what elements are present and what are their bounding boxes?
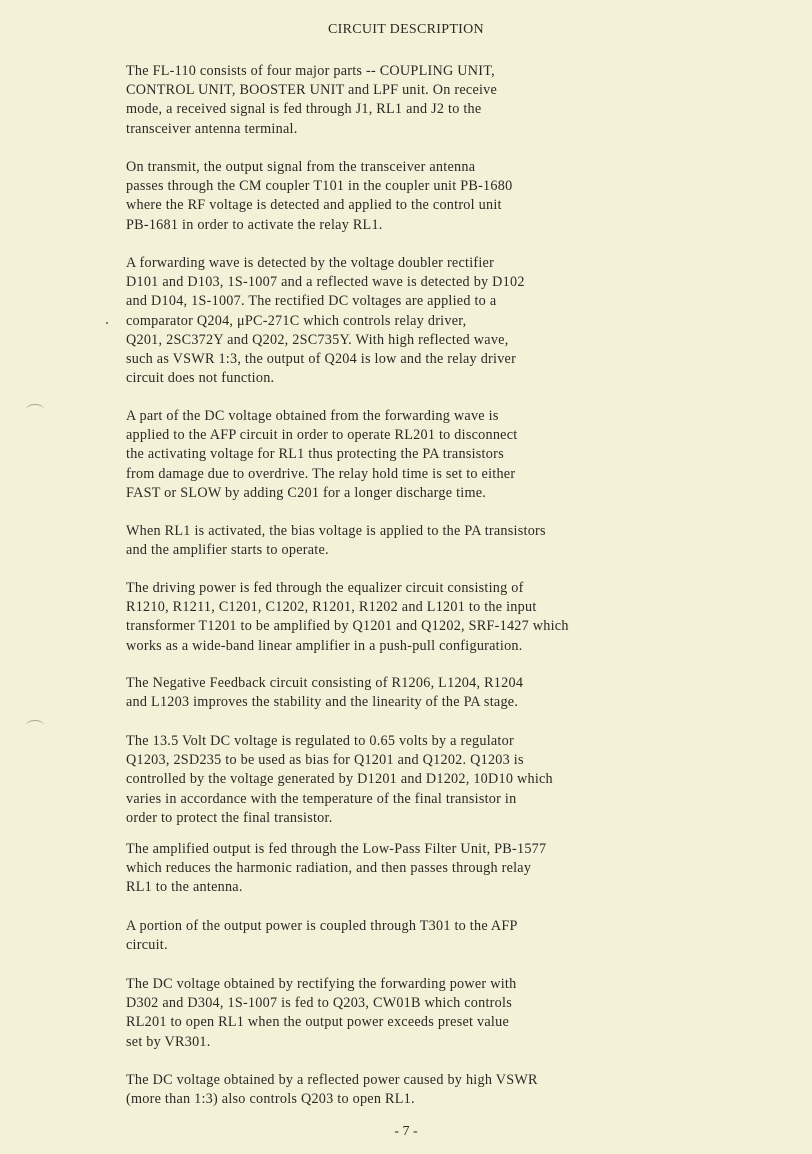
text-line: applied to the AFP circuit in order to o… bbox=[126, 426, 766, 445]
text-line: A part of the DC voltage obtained from t… bbox=[126, 407, 766, 426]
paragraph: The Negative Feedback circuit consisting… bbox=[126, 674, 766, 712]
paragraph: The 13.5 Volt DC voltage is regulated to… bbox=[126, 732, 766, 828]
stray-mark bbox=[106, 322, 108, 324]
paragraph: When RL1 is activated, the bias voltage … bbox=[126, 522, 766, 560]
paragraph: A forwarding wave is detected by the vol… bbox=[126, 254, 766, 388]
text-line: The Negative Feedback circuit consisting… bbox=[126, 674, 766, 693]
text-line: PB-1681 in order to activate the relay R… bbox=[126, 216, 766, 235]
page-number: - 7 - bbox=[0, 1124, 812, 1140]
text-line: FAST or SLOW by adding C201 for a longer… bbox=[126, 484, 766, 503]
text-line: R1210, R1211, C1201, C1202, R1201, R1202… bbox=[126, 598, 766, 617]
text-line: and the amplifier starts to operate. bbox=[126, 541, 766, 560]
text-line: works as a wide-band linear amplifier in… bbox=[126, 637, 766, 656]
text-line: controlled by the voltage generated by D… bbox=[126, 770, 766, 789]
paragraph: A part of the DC voltage obtained from t… bbox=[126, 407, 766, 503]
text-line: from damage due to overdrive. The relay … bbox=[126, 465, 766, 484]
text-line: comparator Q204, μPC-271C which controls… bbox=[126, 312, 766, 331]
text-line: D302 and D304, 1S-1007 is fed to Q203, C… bbox=[126, 994, 766, 1013]
paragraph: The amplified output is fed through the … bbox=[126, 840, 766, 898]
text-line: transceiver antenna terminal. bbox=[126, 120, 766, 139]
text-line: RL1 to the antenna. bbox=[126, 878, 766, 897]
text-line: mode, a received signal is fed through J… bbox=[126, 100, 766, 119]
punch-hole-mark bbox=[26, 720, 44, 731]
text-line: Q1203, 2SD235 to be used as bias for Q12… bbox=[126, 751, 766, 770]
text-line: The DC voltage obtained by a reflected p… bbox=[126, 1071, 766, 1090]
text-line: passes through the CM coupler T101 in th… bbox=[126, 177, 766, 196]
text-line: The DC voltage obtained by rectifying th… bbox=[126, 975, 766, 994]
text-line: The 13.5 Volt DC voltage is regulated to… bbox=[126, 732, 766, 751]
text-line: set by VR301. bbox=[126, 1033, 766, 1052]
text-line: The amplified output is fed through the … bbox=[126, 840, 766, 859]
text-line: circuit does not function. bbox=[126, 369, 766, 388]
text-line: CONTROL UNIT, BOOSTER UNIT and LPF unit.… bbox=[126, 81, 766, 100]
paragraph: The DC voltage obtained by rectifying th… bbox=[126, 975, 766, 1052]
text-line: When RL1 is activated, the bias voltage … bbox=[126, 522, 766, 541]
document-page: CIRCUIT DESCRIPTION The FL-110 consists … bbox=[0, 0, 812, 1154]
paragraph: On transmit, the output signal from the … bbox=[126, 158, 766, 235]
paragraph: The driving power is fed through the equ… bbox=[126, 579, 766, 656]
text-line: A forwarding wave is detected by the vol… bbox=[126, 254, 766, 273]
text-line: which reduces the harmonic radiation, an… bbox=[126, 859, 766, 878]
text-line: Q201, 2SC372Y and Q202, 2SC735Y. With hi… bbox=[126, 331, 766, 350]
punch-hole-mark bbox=[26, 404, 44, 415]
text-line: D101 and D103, 1S-1007 and a reflected w… bbox=[126, 273, 766, 292]
page-title: CIRCUIT DESCRIPTION bbox=[0, 22, 812, 38]
paragraph: A portion of the output power is coupled… bbox=[126, 917, 766, 955]
paragraph: The DC voltage obtained by a reflected p… bbox=[126, 1071, 766, 1109]
text-line: The FL-110 consists of four major parts … bbox=[126, 62, 766, 81]
text-line: the activating voltage for RL1 thus prot… bbox=[126, 445, 766, 464]
text-line: (more than 1:3) also controls Q203 to op… bbox=[126, 1090, 766, 1109]
text-line: The driving power is fed through the equ… bbox=[126, 579, 766, 598]
text-line: transformer T1201 to be amplified by Q12… bbox=[126, 617, 766, 636]
text-line: and L1203 improves the stability and the… bbox=[126, 693, 766, 712]
text-line: where the RF voltage is detected and app… bbox=[126, 196, 766, 215]
text-line: On transmit, the output signal from the … bbox=[126, 158, 766, 177]
text-line: A portion of the output power is coupled… bbox=[126, 917, 766, 936]
paragraph: The FL-110 consists of four major parts … bbox=[126, 62, 766, 139]
text-line: RL201 to open RL1 when the output power … bbox=[126, 1013, 766, 1032]
text-line: and D104, 1S-1007. The rectified DC volt… bbox=[126, 292, 766, 311]
text-line: circuit. bbox=[126, 936, 766, 955]
text-line: such as VSWR 1:3, the output of Q204 is … bbox=[126, 350, 766, 369]
text-line: order to protect the final transistor. bbox=[126, 809, 766, 828]
text-line: varies in accordance with the temperatur… bbox=[126, 790, 766, 809]
